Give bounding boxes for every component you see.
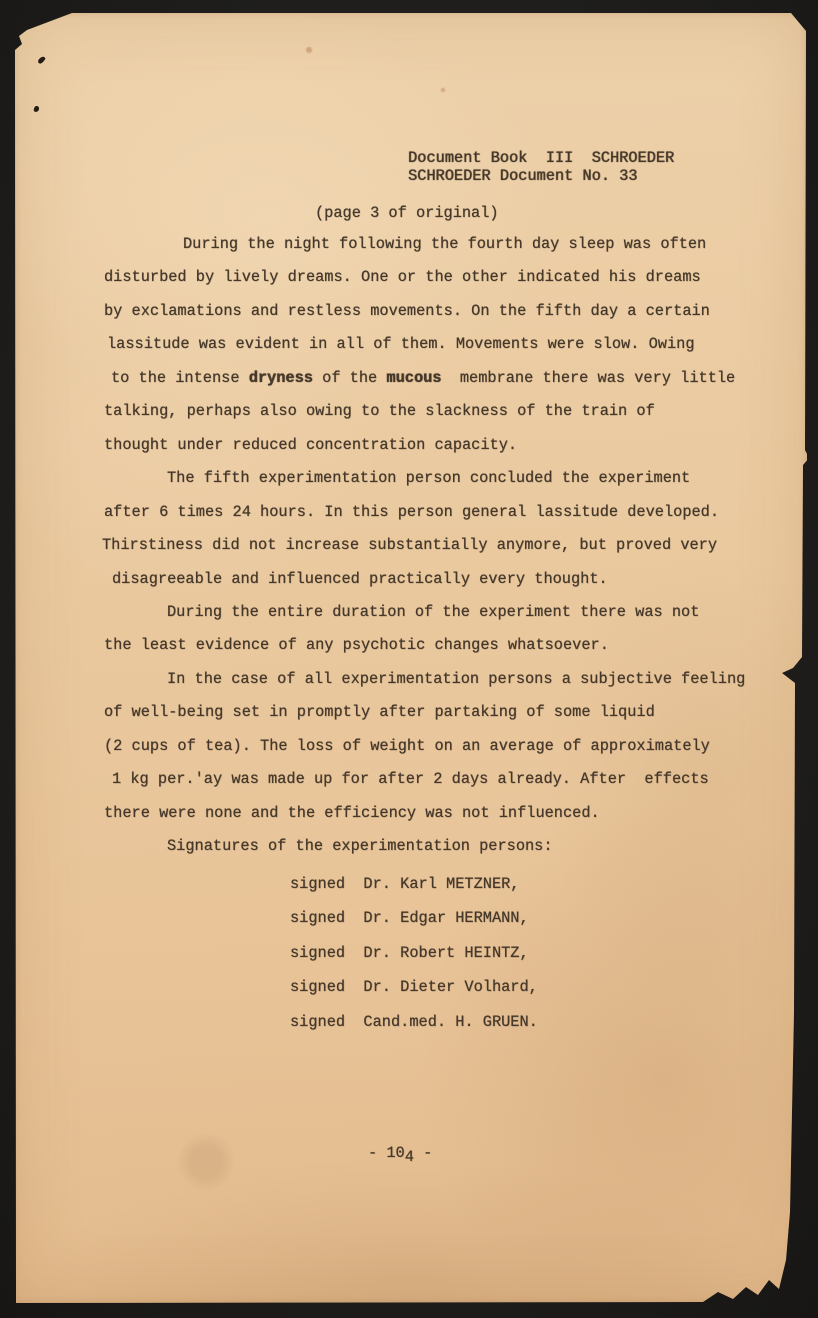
body-line: 1 kg per.'ay was made up for after 2 day… — [112, 763, 764, 796]
body-line: (2 cups of tea). The loss of weight on a… — [104, 730, 764, 763]
signature-line: signed Dr. Robert HEINTZ, — [290, 936, 538, 970]
body-line: In the case of all experimentation perso… — [167, 663, 764, 696]
signature-line: signed Dr. Dieter Volhard, — [290, 970, 538, 1004]
body-line: The fifth experimentation person conclud… — [167, 462, 764, 495]
signature-line: signed Dr. Karl METZNER, — [290, 867, 538, 901]
page-note: (page 3 of original) — [315, 203, 499, 223]
body-line: Thirstiness did not increase substantial… — [102, 529, 764, 562]
body-line: disturbed by lively dreams. One or the o… — [104, 261, 764, 294]
signature-line: signed Dr. Edgar HERMANN, — [290, 901, 538, 935]
body-line: lassitude was evident in all of them. Mo… — [107, 328, 764, 361]
header-line-doc-number: SCHROEDER Document No. 33 — [408, 168, 674, 186]
body-line: after 6 times 24 hours. In this person g… — [104, 496, 764, 529]
ink-speck — [33, 105, 39, 112]
scan-background: Document Book III SCHROEDER SCHROEDER Do… — [0, 0, 818, 1318]
document-body: During the night following the fourth da… — [104, 228, 764, 864]
document-page: Document Book III SCHROEDER SCHROEDER Do… — [13, 12, 807, 1304]
page-number-dropped-digit: 4 — [405, 1148, 414, 1166]
page-number: - 104 - — [368, 1142, 432, 1164]
body-line-segment: of the — [313, 369, 386, 387]
ink-speck — [37, 55, 46, 64]
body-line: During the night following the fourth da… — [183, 228, 764, 261]
document-header: Document Book III SCHROEDER SCHROEDER Do… — [408, 150, 674, 186]
body-line-segment: to the intense — [111, 369, 249, 387]
body-line: talking, perhaps also owing to the slack… — [104, 395, 764, 428]
signature-line: signed Cand.med. H. GRUEN. — [290, 1005, 538, 1039]
body-line: During the entire duration of the experi… — [167, 596, 764, 629]
header-line-book: Document Book III SCHROEDER — [408, 150, 674, 168]
body-line: Signatures of the experimentation person… — [167, 830, 764, 863]
body-line-segment-overstruck: mucous — [386, 369, 441, 387]
body-line-segment-overstruck: dryness — [249, 369, 313, 387]
body-line: thought under reduced concentration capa… — [104, 429, 764, 462]
page-number-segment: - — [414, 1144, 432, 1162]
signature-block: signed Dr. Karl METZNER, signed Dr. Edga… — [290, 867, 538, 1039]
body-line: to the intense dryness of the mucous mem… — [111, 362, 764, 395]
body-line: there were none and the efficiency was n… — [104, 797, 764, 830]
body-line-segment: membrane there was very little — [441, 369, 735, 387]
body-line: of well-being set in promptly after part… — [104, 696, 764, 729]
page-number-segment: - 10 — [368, 1144, 405, 1162]
body-line: disagreeable and influenced practically … — [112, 563, 764, 596]
body-line: by exclamations and restless movements. … — [104, 295, 764, 328]
body-line: the least evidence of any psychotic chan… — [104, 629, 764, 662]
